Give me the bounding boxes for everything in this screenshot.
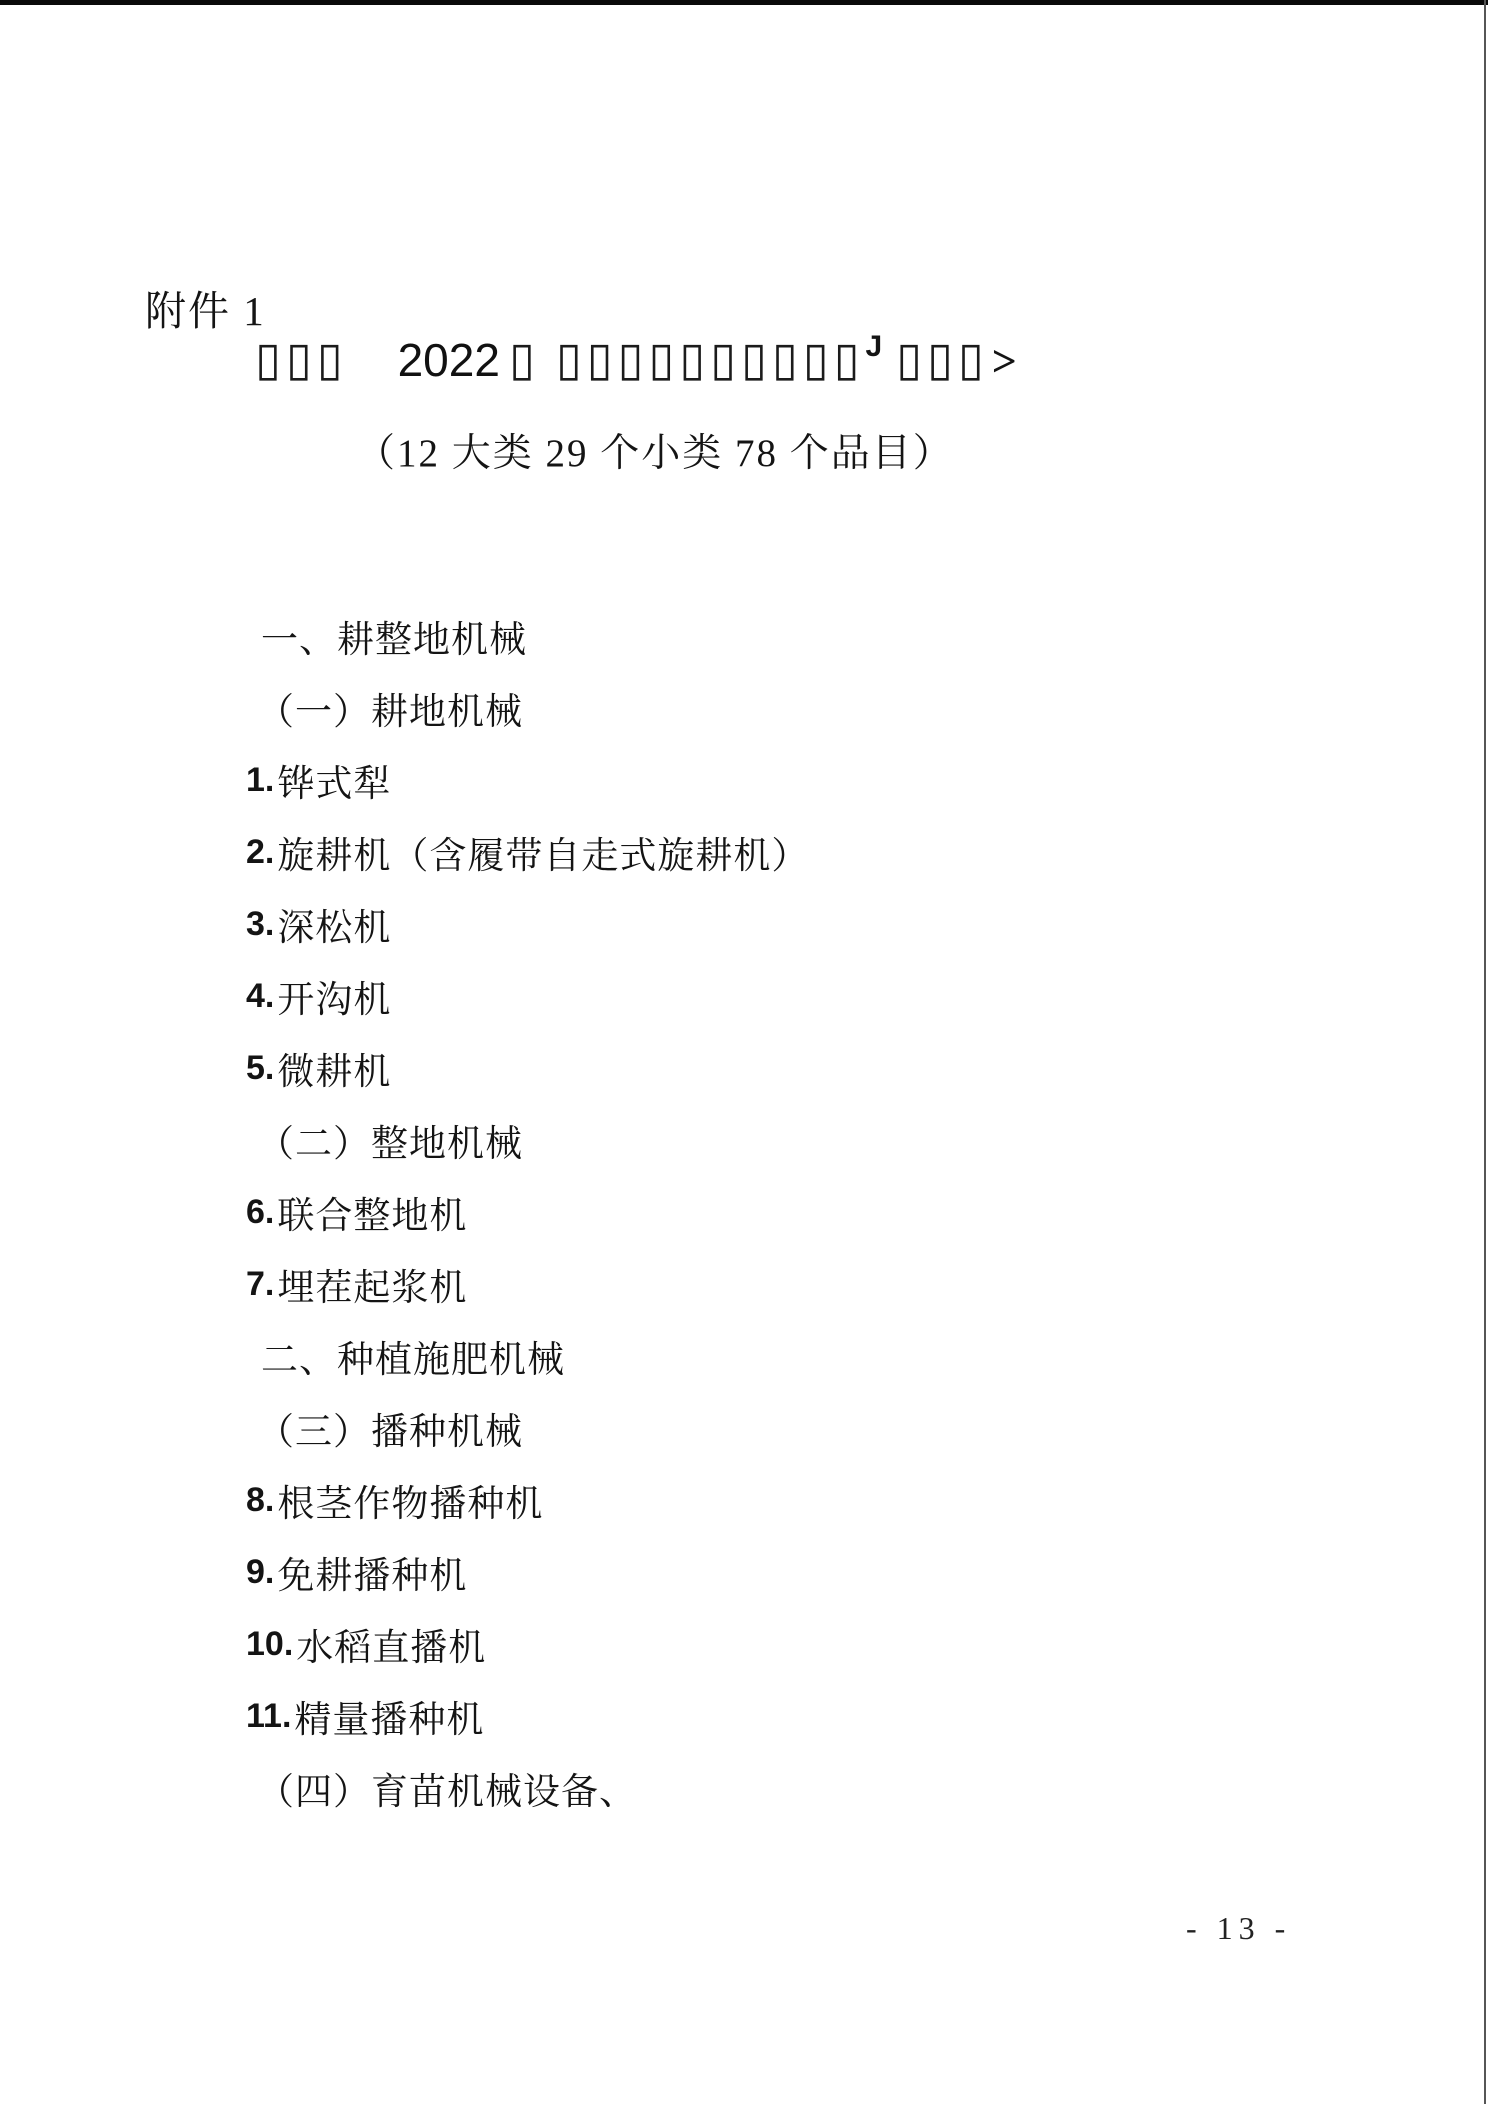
attachment-label: 附件 1 bbox=[145, 278, 266, 337]
list-line-item: 9. 免耕播种机 bbox=[246, 1536, 809, 1608]
item-text: （三）播种机械 bbox=[257, 1401, 523, 1455]
list-line-subsection: （二）整地机械 bbox=[246, 1104, 809, 1176]
item-number: 5. bbox=[246, 1049, 274, 1088]
scan-artifact-right-edge bbox=[1484, 0, 1486, 2104]
list-line-item: 11. 精量播种机 bbox=[246, 1680, 809, 1752]
item-text: 免耕播种机 bbox=[277, 1545, 467, 1599]
list-line-subsection: （四）育苗机械设备、 bbox=[246, 1752, 809, 1824]
missing-glyph-run-middle: ▯▯▯▯▯▯▯▯▯▯ bbox=[556, 336, 865, 383]
item-number: 4. bbox=[246, 977, 274, 1016]
item-text: 开沟机 bbox=[277, 969, 391, 1023]
item-text: 旋耕机（含履带自走式旋耕机） bbox=[277, 825, 809, 879]
list-line-section: 一、耕整地机械 bbox=[246, 600, 809, 672]
item-number: 10. bbox=[246, 1625, 293, 1664]
list-line-item: 8. 根茎作物播种机 bbox=[246, 1464, 809, 1536]
list-line-section: 二、种植施肥机械 bbox=[246, 1320, 809, 1392]
stray-mark-j: J bbox=[865, 332, 882, 362]
stray-mark-arrow: > bbox=[992, 340, 1017, 384]
item-text: 精量播种机 bbox=[294, 1689, 484, 1743]
missing-glyph-run-leading: ▯▯▯ bbox=[255, 336, 348, 383]
item-text: 根茎作物播种机 bbox=[277, 1473, 543, 1527]
item-text: （四）育苗机械设备、 bbox=[257, 1761, 637, 1815]
title-year: 2022 bbox=[398, 337, 500, 383]
item-text: 铧式犁 bbox=[277, 753, 391, 807]
item-number: 6. bbox=[246, 1193, 274, 1232]
item-text: 水稻直播机 bbox=[296, 1617, 486, 1671]
item-number: 1. bbox=[246, 761, 274, 800]
item-number: 2. bbox=[246, 833, 274, 872]
list-line-item: 3. 深松机 bbox=[246, 888, 809, 960]
page-number: - 13 - bbox=[1186, 1910, 1291, 1947]
list-line-item: 10. 水稻直播机 bbox=[246, 1608, 809, 1680]
item-number: 8. bbox=[246, 1481, 274, 1520]
item-text: （二）整地机械 bbox=[257, 1113, 523, 1167]
item-number: 3. bbox=[246, 905, 274, 944]
item-text: 一、耕整地机械 bbox=[261, 609, 527, 663]
item-text: 埋茬起浆机 bbox=[277, 1257, 467, 1311]
item-number: 11. bbox=[246, 1697, 291, 1736]
item-text: 深松机 bbox=[277, 897, 391, 951]
missing-glyph-after-year: ▯ bbox=[509, 336, 540, 383]
list-line-item: 5. 微耕机 bbox=[246, 1032, 809, 1104]
list-line-item: 7. 埋茬起浆机 bbox=[246, 1248, 809, 1320]
item-text: 联合整地机 bbox=[277, 1185, 467, 1239]
item-text: （一）耕地机械 bbox=[257, 681, 523, 735]
list-line-subsection: （三）播种机械 bbox=[246, 1392, 809, 1464]
item-number: 9. bbox=[246, 1553, 274, 1592]
list-line-item: 2. 旋耕机（含履带自走式旋耕机） bbox=[246, 816, 809, 888]
document-title: ▯▯▯ 2022 ▯ ▯▯▯▯▯▯▯▯▯▯ J ▯▯▯ > bbox=[255, 336, 1017, 383]
list-line-item: 1. 铧式犁 bbox=[246, 744, 809, 816]
list-line-item: 6. 联合整地机 bbox=[246, 1176, 809, 1248]
scan-artifact-top-edge bbox=[0, 0, 1488, 5]
list-line-item: 4. 开沟机 bbox=[246, 960, 809, 1032]
list-line-subsection: （一）耕地机械 bbox=[246, 672, 809, 744]
missing-glyph-run-trailing: ▯▯▯ bbox=[896, 336, 989, 383]
document-subtitle: （12 大类 29 个小类 78 个品目） bbox=[356, 422, 954, 478]
item-number: 7. bbox=[246, 1265, 274, 1304]
item-text: 二、种植施肥机械 bbox=[261, 1329, 565, 1383]
item-text: 微耕机 bbox=[277, 1041, 391, 1095]
machinery-list: 一、耕整地机械 （一）耕地机械 1. 铧式犁 2. 旋耕机（含履带自走式旋耕机）… bbox=[246, 600, 809, 1824]
